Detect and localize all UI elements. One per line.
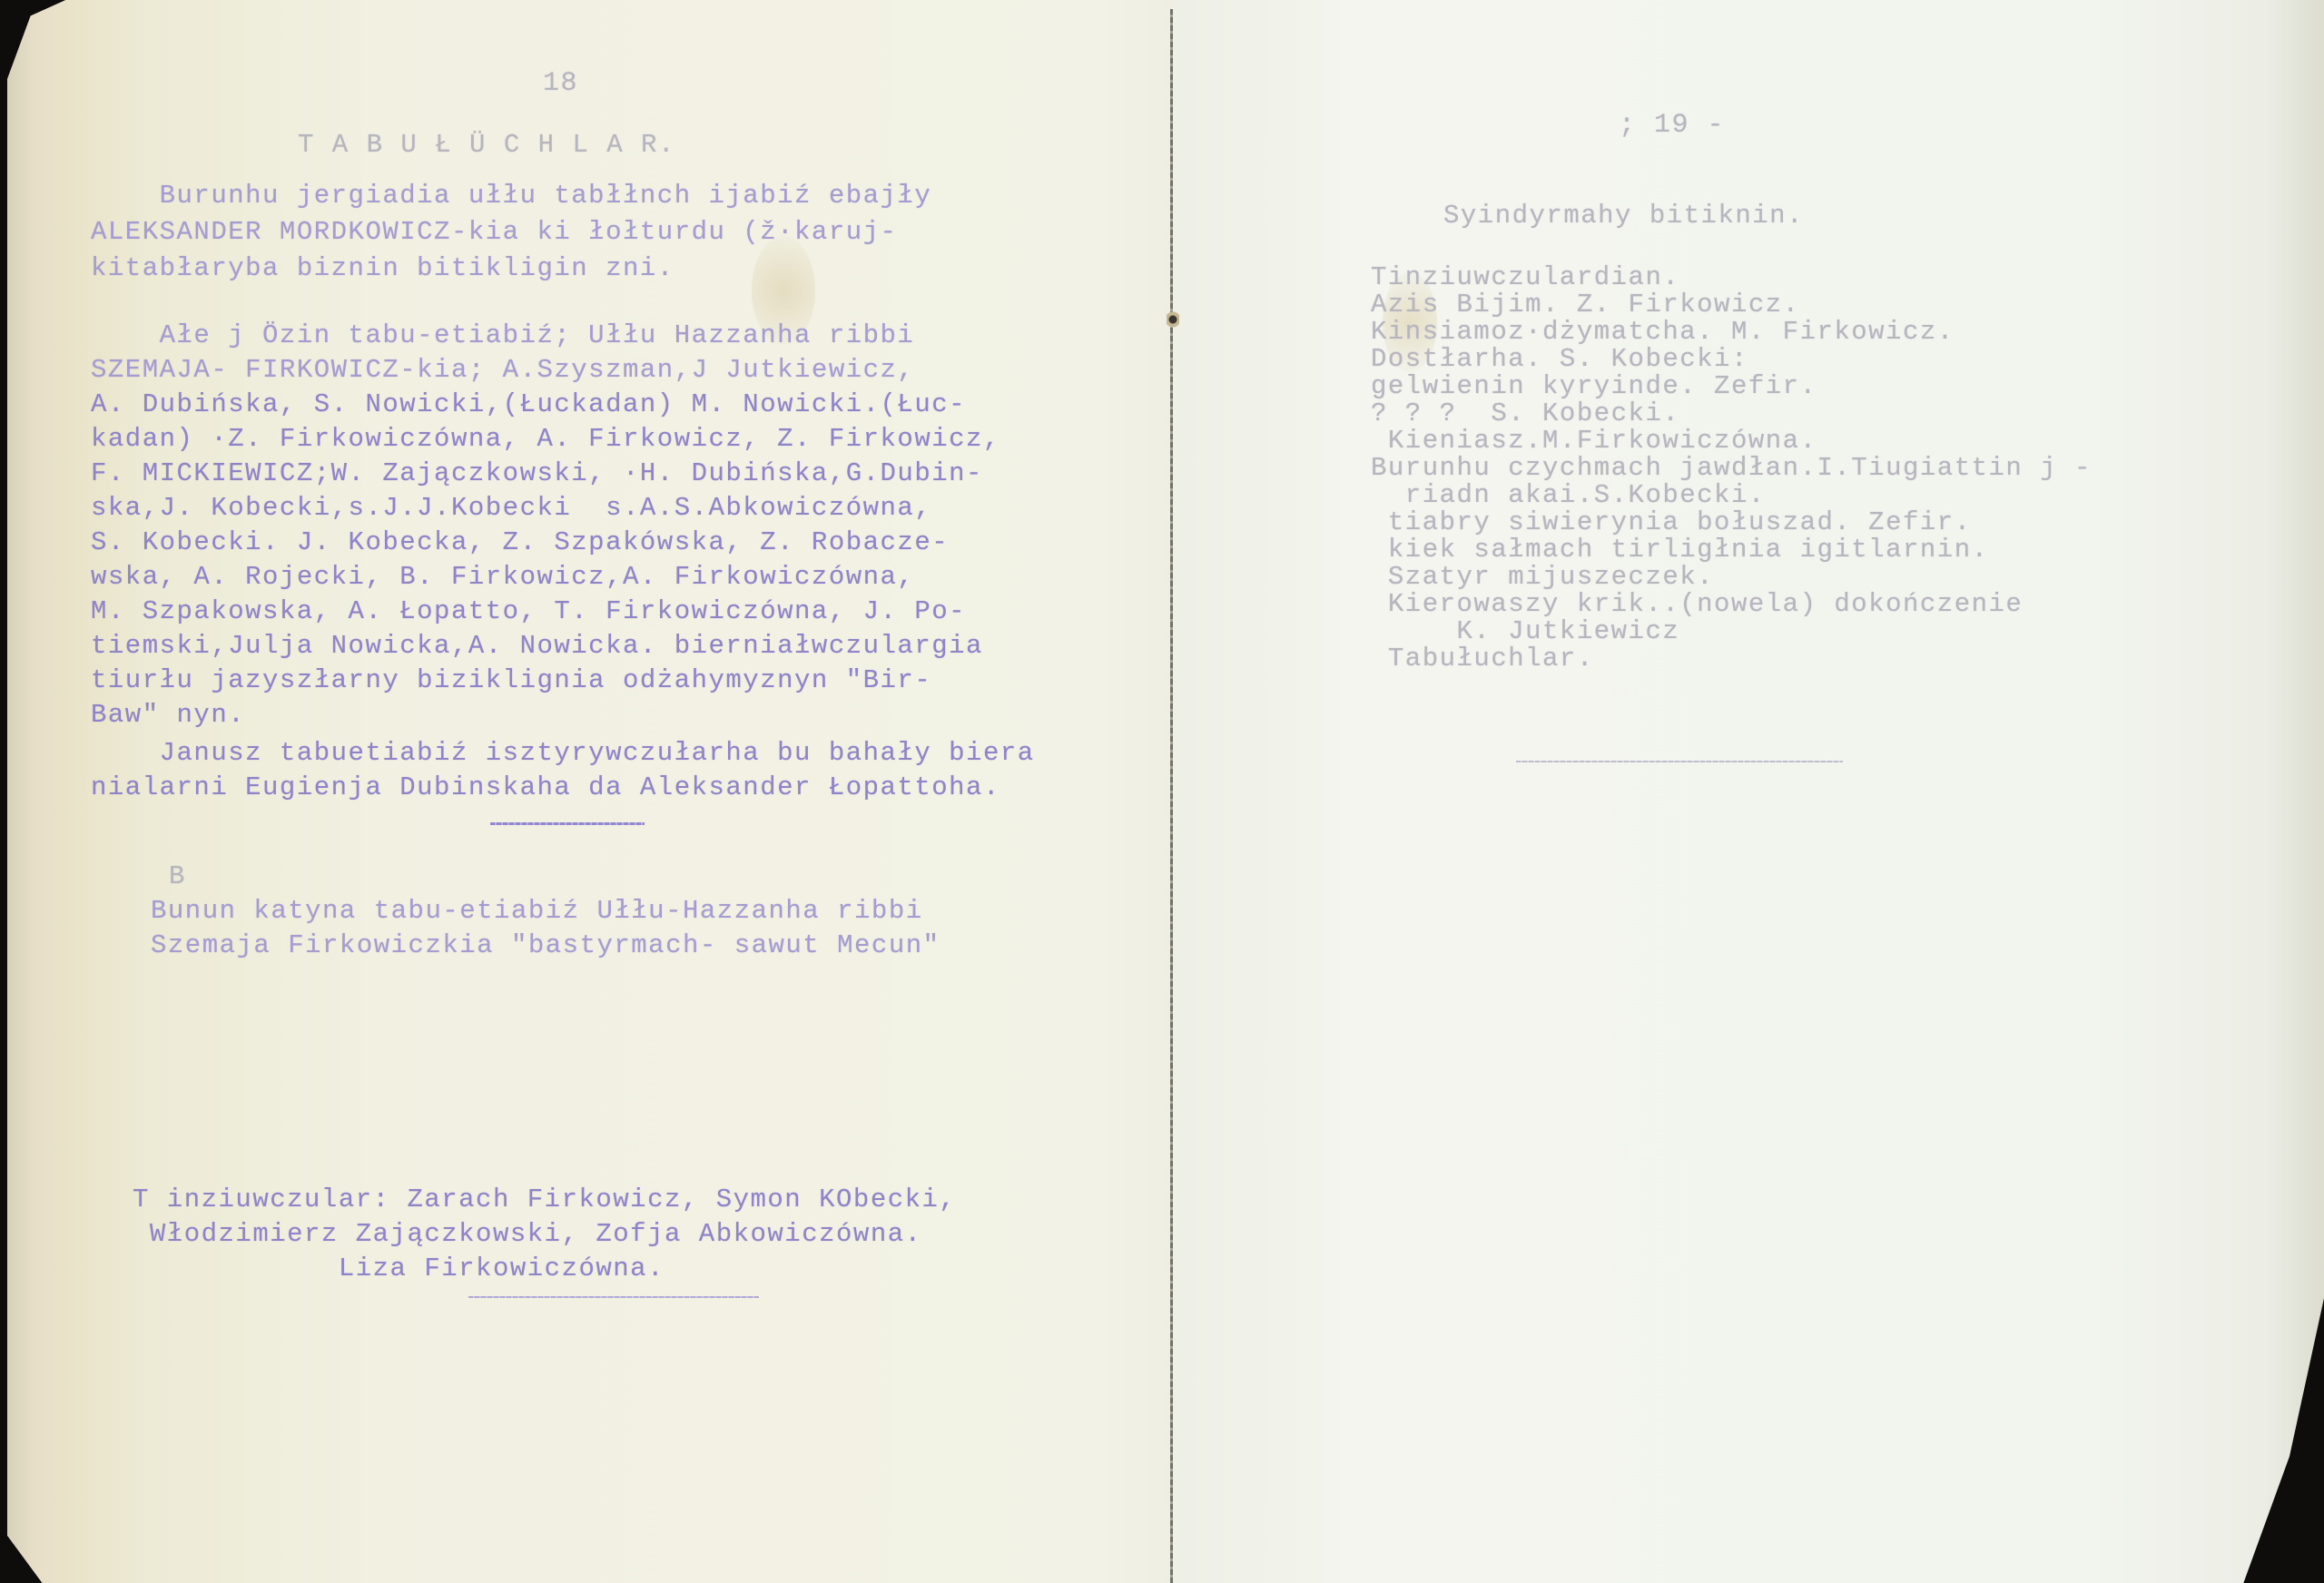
text-line: Bunun katyna tabu-etiabiź Ułłu-Hazzanha … [151,893,923,929]
binding-staple [1167,300,1179,336]
text-line: T inziuwczular: Zarach Firkowicz, Symon … [133,1182,956,1218]
text-line: ska,J. Kobecki,s.J.J.Kobecki s.A.S.Abkow… [91,490,931,526]
section-marker: B [169,859,186,895]
text-line: tiurłu jazyszłarny biziklignia odżahymyz… [91,663,931,699]
text-line: M. Szpakowska, A. Łopatto, T. Firkowiczó… [91,594,966,630]
left-page: 18 T A B U Ł Ü C H L A R. Burunhu jergia… [7,0,1174,1583]
worn-page-edge [7,0,71,1583]
text-line: Ałe j Özin tabu-etiabiź; Ułłu Hazzanha r… [91,318,914,354]
text-line: nialarni Eugienja Dubinskaha da Aleksand… [91,770,1000,806]
text-line: kitabłaryba biznin bitikligin zni. [91,251,675,287]
divider-rule [468,1296,759,1298]
text-line: ALEKSANDER MORDKOWICZ-kia ki łołturdu (ž… [91,214,897,251]
text-line: Burunhu jergiadia ułłu tabłłnch ijabiź e… [91,178,931,214]
book-spine [1170,9,1173,1583]
page-number: ; 19 - [1619,107,1725,143]
text-line: wska, A. Rojecki, B. Firkowicz,A. Firkow… [91,559,914,595]
text-line: S. Kobecki. J. Kobecka, Z. Szpakówska, Z… [91,525,949,561]
toc-item: Tabułuchlar. [1371,641,1594,677]
page-number: 18 [543,65,578,102]
text-line: A. Dubińska, S. Nowicki,(Łuckadan) M. No… [91,387,966,423]
text-line: kadan) ·Z. Firkowiczówna, A. Firkowicz, … [91,421,1000,457]
right-page: ; 19 - Syindyrmahy bitiknin. Tinziuwczul… [1174,0,2324,1583]
text-line: SZEMAJA- FIRKOWICZ-kia; A.Szyszman,J Jut… [91,352,914,388]
page-title: Syindyrmahy bitiknin. [1443,198,1804,234]
page-title: T A B U Ł Ü C H L A R. [298,127,675,163]
text-line: Włodzimierz Zajączkowski, Zofja Abkowicz… [133,1216,922,1253]
text-line: Baw" nyn. [91,697,245,733]
book-spread: 18 T A B U Ł Ü C H L A R. Burunhu jergia… [0,0,2324,1583]
text-line: tiemski,Julja Nowicka,A. Nowicka. bierni… [91,628,983,664]
text-line: Szemaja Firkowiczkia "bastyrmach- sawut … [151,928,940,964]
text-line: Janusz tabuetiabiź isztyrywczułarha bu b… [91,735,1035,772]
text-line: Liza Firkowiczówna. [133,1251,665,1287]
divider-rule [1516,761,1843,762]
text-line: F. MICKIEWICZ;W. Zajączkowski, ·H. Dubiń… [91,456,983,492]
divider-rule [490,822,645,825]
